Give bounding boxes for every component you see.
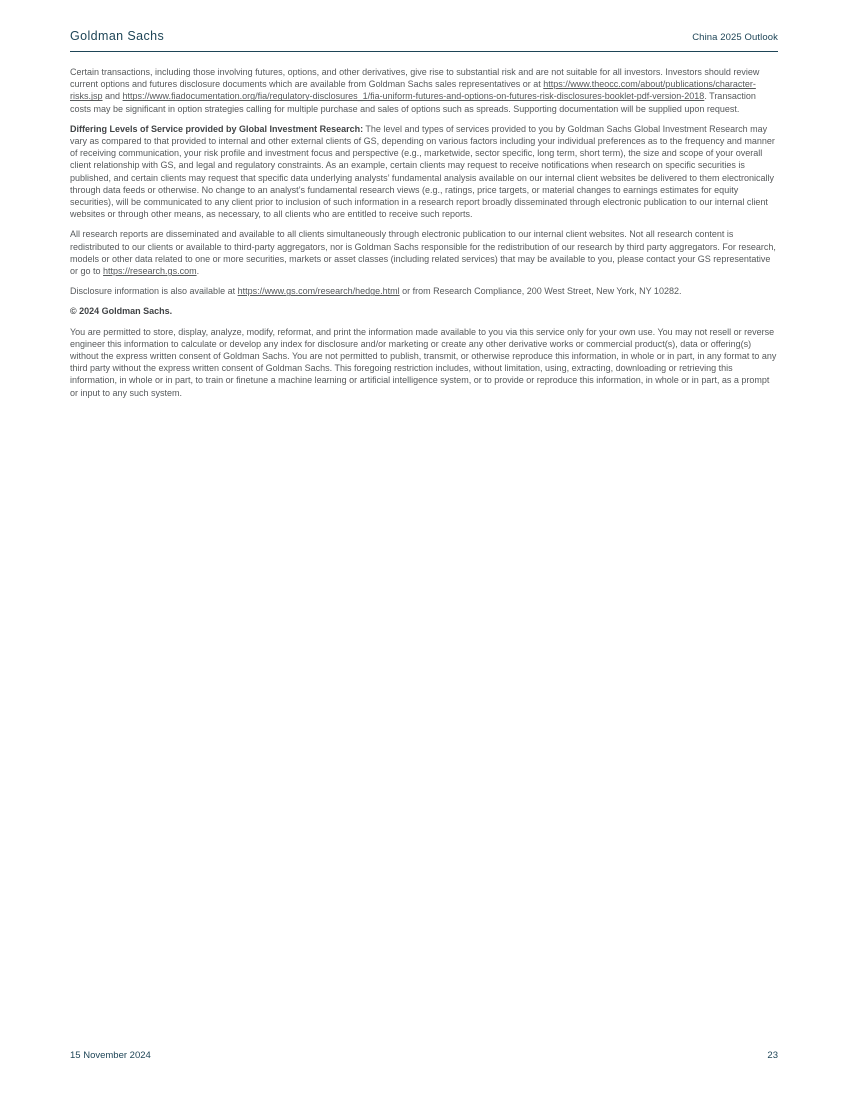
paragraph-usage-restrictions: You are permitted to store, display, ana… xyxy=(70,326,778,399)
brand-wordmark: Goldman Sachs xyxy=(70,29,164,43)
text-segment: or from Research Compliance, 200 West St… xyxy=(400,286,682,296)
paragraph-differing-levels: Differing Levels of Service provided by … xyxy=(70,123,778,221)
research-gs-link[interactable]: https://research.gs.com xyxy=(103,266,197,276)
page-footer: 15 November 2024 23 xyxy=(70,1050,778,1061)
header-rule xyxy=(70,51,778,52)
footer-date: 15 November 2024 xyxy=(70,1050,151,1061)
text-segment: . xyxy=(197,266,200,276)
paragraph-derivatives-risk: Certain transactions, including those in… xyxy=(70,66,778,115)
footer-page-number: 23 xyxy=(767,1050,778,1061)
copyright-line: © 2024 Goldman Sachs. xyxy=(70,305,778,317)
text-segment: and xyxy=(103,91,123,101)
text-segment: Disclosure information is also available… xyxy=(70,286,238,296)
paragraph-dissemination: All research reports are disseminated an… xyxy=(70,228,778,277)
disclosure-body: Certain transactions, including those in… xyxy=(70,66,778,407)
bold-lead-in: Differing Levels of Service provided by … xyxy=(70,124,363,134)
fiadocumentation-link[interactable]: https://www.fiadocumentation.org/fia/reg… xyxy=(123,91,705,101)
text-segment: The level and types of services provided… xyxy=(70,124,775,219)
paragraph-disclosure-info: Disclosure information is also available… xyxy=(70,285,778,297)
page-header: Goldman Sachs China 2025 Outlook xyxy=(70,29,778,43)
report-title: China 2025 Outlook xyxy=(692,32,778,43)
hedge-html-link[interactable]: https://www.gs.com/research/hedge.html xyxy=(238,286,400,296)
document-page: Goldman Sachs China 2025 Outlook Certain… xyxy=(0,0,850,1100)
